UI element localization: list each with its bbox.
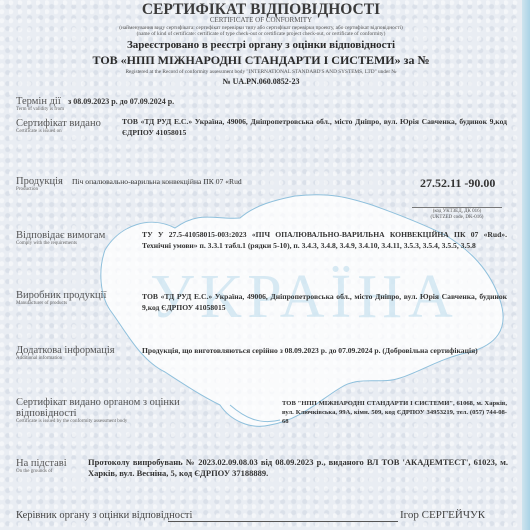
kind-note-en: (name of kind of certificate: certificat…: [0, 31, 522, 37]
product-code: 27.52.11 -90.00: [420, 176, 495, 191]
signatory-label: Керівник органу з оцінки відповідності: [16, 510, 192, 521]
additional-info-value: Продукція, що виготовляються серійно з 0…: [142, 346, 507, 357]
certificate-subtitle: CERTIFICATE OF CONFORMITY: [0, 16, 522, 24]
manufacturer-value: ТОВ «ТД РУД Е.С.» Україна, 49006, Дніпро…: [142, 292, 507, 313]
product-value: Піч опалювально-варильна конвекційна ПК …: [72, 177, 242, 188]
page-edge-strip: [522, 0, 530, 530]
grounds-value: Протоколу випробувань № 2023.02.09.08.03…: [88, 457, 508, 479]
code-note: (код УКТЗЕД, ДК 016)(UKTZED code, DK-016…: [412, 209, 502, 221]
product-label: ПродукціяProduction: [16, 176, 63, 193]
registered-en: Registered at the Record of conformity a…: [0, 69, 522, 75]
certificate-page: УКРАЇНА СЕРТИФІКАТ ВІДПОВІДНОСТІ CERTIFI…: [0, 0, 530, 530]
additional-info-label: Додаткова інформаціяAdditional informati…: [16, 345, 115, 362]
registry-body-name: ТОВ «НПП МІЖНАРОДНІ СТАНДАРТИ І СИСТЕМИ»…: [0, 53, 522, 68]
registered-heading: Зареєстровано в реєстрі органу з оцінки …: [0, 39, 522, 51]
code-underline: [412, 207, 502, 208]
issued-to-value: ТОВ «ТД РУД Е.С.» Україна, 49006, Дніпро…: [122, 117, 507, 138]
validity-label: Термін діїTerm of validity is from: [16, 96, 64, 113]
grounds-label: На підставіOn the grounds of: [16, 458, 67, 475]
manufacturer-label: Виробник продукціїManufacturer of produc…: [16, 290, 106, 307]
requirements-label: Відповідає вимогамComply with the requir…: [16, 230, 105, 247]
issuer-value: ТОВ "НПП МІЖНАРОДНІ СТАНДАРТИ І СИСТЕМИ"…: [282, 399, 507, 426]
registration-number: № UA.PN.060.0852-23: [0, 77, 522, 86]
issued-to-label: Сертифікат виданоCertificate is issued o…: [16, 118, 101, 135]
validity-value: з 08.09.2023 р. до 07.09.2024 р.: [68, 97, 174, 108]
signature-line: [168, 521, 398, 522]
requirements-value: ТУ У 27.5-41058015-003:2023 «ПІЧ ОПАЛЮВА…: [142, 230, 507, 251]
issuer-label: Сертифікат видано органом з оцінки відпо…: [16, 397, 186, 425]
signatory-name: Ігор СЕРГЕЙЧУК: [400, 509, 485, 521]
